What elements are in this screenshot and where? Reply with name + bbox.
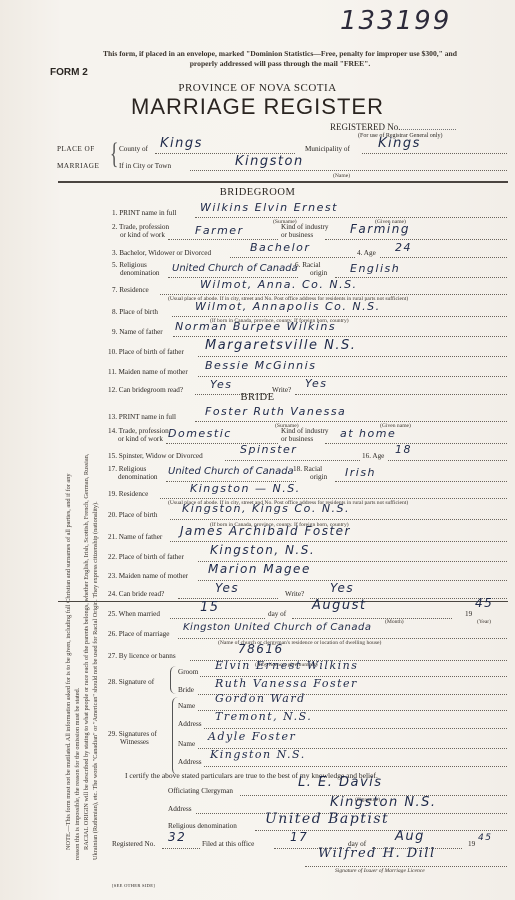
- signature-brace: [170, 666, 177, 694]
- witnesses-label-a: 29. Signatures of: [108, 730, 157, 738]
- municipality-value: Kings: [378, 136, 421, 151]
- groom-write-value: Yes: [305, 377, 328, 390]
- groom-age-value: 24: [395, 241, 412, 254]
- groom-signature-label: Groom: [178, 668, 198, 676]
- bride-name-label: 13. PRINT name in full: [108, 413, 176, 421]
- groom-racial-line: [335, 277, 507, 278]
- side-note-line1: NOTE.—This form must not be mutilated. A…: [64, 454, 73, 880]
- bride-racial-label-a: 18. Racial: [293, 465, 322, 473]
- bride-religion-value: United Church of Canada: [168, 466, 294, 477]
- city-note: (Name): [333, 173, 350, 179]
- licence-value: 78616: [238, 642, 284, 656]
- groom-status-label: 3. Bachelor, Widower or Divorced: [112, 249, 211, 257]
- day-line: [170, 618, 265, 619]
- groom-trade-label-b: or kind of work: [120, 231, 165, 239]
- bride-birthplace-value: Kingston, Kings Co. N.S.: [182, 502, 350, 515]
- municipality-line: [362, 153, 507, 154]
- bride-father-label: 21. Name of father: [108, 533, 162, 541]
- witness2-name-label: Name: [178, 740, 195, 748]
- groom-racial-label-a: 6. Racial: [295, 261, 321, 269]
- issuer-signature-line: [305, 866, 507, 867]
- groom-religion-value: United Church of Canada: [172, 263, 298, 274]
- groom-industry-label-a: Kind of industry: [281, 223, 329, 231]
- bride-write-value: Yes: [330, 581, 354, 595]
- bride-signature-label: Bride: [178, 686, 194, 694]
- bride-age-line: [388, 460, 507, 461]
- witness1-address-label: Address: [178, 720, 202, 728]
- groom-read-value: Yes: [210, 378, 233, 391]
- signature-of-label: 28. Signature of: [108, 678, 154, 686]
- bride-age-label: 16. Age: [362, 452, 384, 460]
- bride-birthplace-line: [170, 519, 507, 520]
- witnesses-label-b: Witnesses: [120, 738, 149, 746]
- groom-name-line: [195, 217, 507, 218]
- side-note-line4: Ukrainian (Ruthenian), etc. The words "C…: [91, 454, 100, 880]
- groom-age-label: 4. Age: [357, 249, 376, 257]
- place-of-label: PLACE OF: [57, 145, 95, 153]
- groom-residence-value: Wilmot, Anna. Co. N.S.: [200, 278, 358, 291]
- bride-industry-label-a: Kind of industry: [281, 427, 329, 435]
- registered-no-line: [162, 848, 200, 849]
- clergy-address-label: Address: [168, 805, 192, 813]
- bride-father-value: James Archibald Foster: [180, 524, 351, 538]
- city-value: Kingston: [235, 154, 304, 169]
- married-day-value: 15: [200, 600, 220, 615]
- groom-birthplace-line: [172, 316, 507, 317]
- bride-industry-value: at home: [340, 427, 396, 440]
- marriage-label: MARRIAGE: [57, 162, 99, 170]
- bride-trade-value: Domestic: [168, 427, 232, 440]
- bride-trade-label-a: 14. Trade, profession: [108, 427, 169, 435]
- groom-trade-value: Farmer: [195, 224, 244, 237]
- groom-status-value: Bachelor: [250, 241, 310, 254]
- province-heading: PROVINCE OF NOVA SCOTIA: [0, 82, 515, 94]
- groom-mother-value: Bessie McGinnis: [205, 359, 316, 372]
- filed-label: Filed at this office: [202, 840, 254, 848]
- bride-father-birthplace-label: 22. Place of birth of father: [108, 553, 184, 561]
- day-of-label: day of: [268, 610, 286, 618]
- divider: [58, 601, 508, 602]
- bride-racial-label-b: origin: [310, 473, 327, 481]
- bride-religion-label-a: 17. Religious: [108, 465, 146, 473]
- bride-industry-line: [325, 443, 507, 444]
- city-label: If in City or Town: [119, 162, 171, 170]
- issuer-signature: Wilfred H. Dill: [318, 846, 436, 861]
- groom-father-birthplace-label: 10. Place of birth of father: [108, 348, 184, 356]
- bride-father-birthplace-value: Kingston, N.S.: [210, 543, 315, 557]
- bride-status-label: 15. Spinster, Widow or Divorced: [108, 452, 203, 460]
- place-of-marriage-label: 26. Place of marriage: [108, 630, 169, 638]
- bride-birthplace-label: 20. Place of birth: [108, 511, 158, 519]
- postal-notice: This form, if placed in an envelope, mar…: [60, 49, 500, 69]
- see-other-side: [SEE OTHER SIDE]: [112, 883, 155, 888]
- married-year-value: 45: [475, 596, 493, 610]
- year-note: (Year): [477, 619, 491, 625]
- groom-age-line: [380, 257, 507, 258]
- witness1-address: Tremont, N.S.: [215, 710, 312, 723]
- clergyman-signature: L. E. Davis: [298, 775, 383, 790]
- year-prefix: 19: [465, 610, 472, 618]
- groom-birthplace-value: Wilmot, Annapolis Co. N.S.: [195, 300, 381, 313]
- county-label: County of: [119, 145, 148, 153]
- bride-residence-label: 19. Residence: [108, 490, 148, 498]
- filed-year-prefix: 19: [468, 840, 475, 848]
- groom-mother-line: [198, 376, 507, 377]
- bride-mother-value: Marion Magee: [208, 562, 311, 576]
- side-note-line2: reason this is impossible, the reason fo…: [73, 454, 82, 880]
- witness2-address-label: Address: [178, 758, 202, 766]
- bride-racial-line: [335, 481, 507, 482]
- brace: {: [110, 139, 119, 169]
- bride-write-label: Write?: [285, 590, 304, 598]
- clergyman-label: Officiating Clergyman: [168, 787, 233, 795]
- denomination-label: Religious denomination: [168, 822, 237, 830]
- filed-month-value: Aug: [395, 829, 425, 844]
- side-note: NOTE.—This form must not be mutilated. A…: [64, 454, 100, 880]
- postal-notice-line2: properly addressed will pass through the…: [60, 59, 500, 69]
- bride-father-line: [170, 541, 507, 542]
- bride-industry-label-b: or business: [281, 435, 313, 443]
- bride-read-line: [178, 598, 278, 599]
- month-line: [292, 618, 452, 619]
- bride-read-value: Yes: [215, 581, 239, 595]
- bride-heading: BRIDE: [0, 392, 515, 403]
- witness1-address-line: [204, 728, 507, 729]
- serial-number: 133199: [340, 6, 451, 36]
- place-of-marriage-line: [178, 638, 507, 639]
- filed-year-value: 45: [478, 833, 492, 843]
- place-of-marriage-value: Kingston United Church of Canada: [183, 622, 371, 633]
- groom-industry-value: Farming: [350, 222, 410, 236]
- groom-religion-label-b: denomination: [120, 269, 160, 277]
- postal-notice-line1: This form, if placed in an envelope, mar…: [60, 49, 500, 59]
- groom-father-label: 9. Name of father: [112, 328, 163, 336]
- bride-read-label: 24. Can bride read?: [108, 590, 164, 598]
- groom-name-value: Wilkins Elvin Ernest: [200, 201, 338, 214]
- divider: [58, 181, 508, 183]
- city-line: [190, 170, 507, 171]
- registered-no-value: 32: [168, 830, 186, 844]
- groom-father-birthplace-value: Margaretsville N.S.: [205, 338, 356, 353]
- month-note: (Month): [385, 619, 404, 625]
- groom-racial-value: English: [350, 262, 400, 275]
- bride-residence-line: [160, 498, 507, 499]
- marriage-register-document: 133199 This form, if placed in an envelo…: [0, 0, 515, 900]
- groom-trade-label-a: 2. Trade, profession: [112, 223, 169, 231]
- groom-industry-line: [325, 239, 507, 240]
- groom-status-line: [230, 257, 355, 258]
- groom-father-value: Norman Burpee Wilkins: [175, 320, 336, 333]
- bride-name-value: Foster Ruth Vanessa: [205, 405, 346, 418]
- groom-residence-line: [160, 294, 507, 295]
- bride-status-value: Spinster: [240, 443, 297, 456]
- clergy-address: Kingston N.S.: [330, 795, 437, 810]
- groom-trade-line: [168, 239, 278, 240]
- witness2-address: Kingston N.S.: [210, 748, 306, 761]
- denomination-value: United Baptist: [265, 811, 389, 827]
- form-number: FORM 2: [50, 67, 88, 78]
- page-title: MARRIAGE REGISTER: [0, 94, 515, 120]
- when-married-label: 25. When married: [108, 610, 160, 618]
- groom-father-line: [173, 336, 507, 337]
- witness2-address-line: [204, 766, 507, 767]
- bride-religion-label-b: denomination: [118, 473, 158, 481]
- groom-father-birthplace-line: [198, 356, 507, 357]
- issuer-signature-note: Signature of Issuer of Marriage Licence: [335, 868, 425, 874]
- married-month-value: August: [312, 598, 367, 613]
- registered-no-field: REGISTERED No.: [330, 122, 456, 132]
- bride-status-line: [225, 460, 360, 461]
- bride-racial-value: Irish: [345, 466, 376, 479]
- filed-day-value: 17: [290, 830, 308, 844]
- registered-no-bottom-label: Registered No.: [112, 840, 155, 848]
- witness2-name: Adyle Foster: [208, 730, 296, 743]
- municipality-label: Municipality of: [305, 145, 350, 153]
- bride-age-value: 18: [395, 443, 412, 456]
- county-value: Kings: [160, 136, 203, 151]
- groom-racial-label-b: origin: [310, 269, 327, 277]
- bridegroom-heading: BRIDEGROOM: [0, 187, 515, 198]
- bride-signature: Ruth Vanessa Foster: [215, 677, 358, 690]
- registered-no-label: REGISTERED No.: [330, 122, 401, 132]
- bride-residence-value: Kingston — N.S.: [190, 482, 301, 495]
- groom-mother-label: 11. Maiden name of mother: [108, 368, 188, 376]
- side-note-line3: RACIAL ORIGIN will be described by stati…: [82, 454, 91, 880]
- groom-name-label: 1. PRINT name in full: [112, 209, 176, 217]
- groom-religion-label-a: 5. Religious: [112, 261, 147, 269]
- bride-trade-label-b: or kind of work: [118, 435, 163, 443]
- witness1-name: Gordon Ward: [215, 692, 306, 705]
- licence-label: 27. By licence or banns: [108, 652, 176, 660]
- groom-residence-label: 7. Residence: [112, 286, 149, 294]
- witness1-name-label: Name: [178, 702, 195, 710]
- groom-birthplace-label: 8. Place of birth: [112, 308, 158, 316]
- groom-signature: Elvin Ernest Wilkins: [215, 659, 358, 672]
- bride-mother-label: 23. Maiden name of mother: [108, 572, 188, 580]
- groom-industry-label-b: or business: [281, 231, 313, 239]
- bride-name-line: [195, 421, 507, 422]
